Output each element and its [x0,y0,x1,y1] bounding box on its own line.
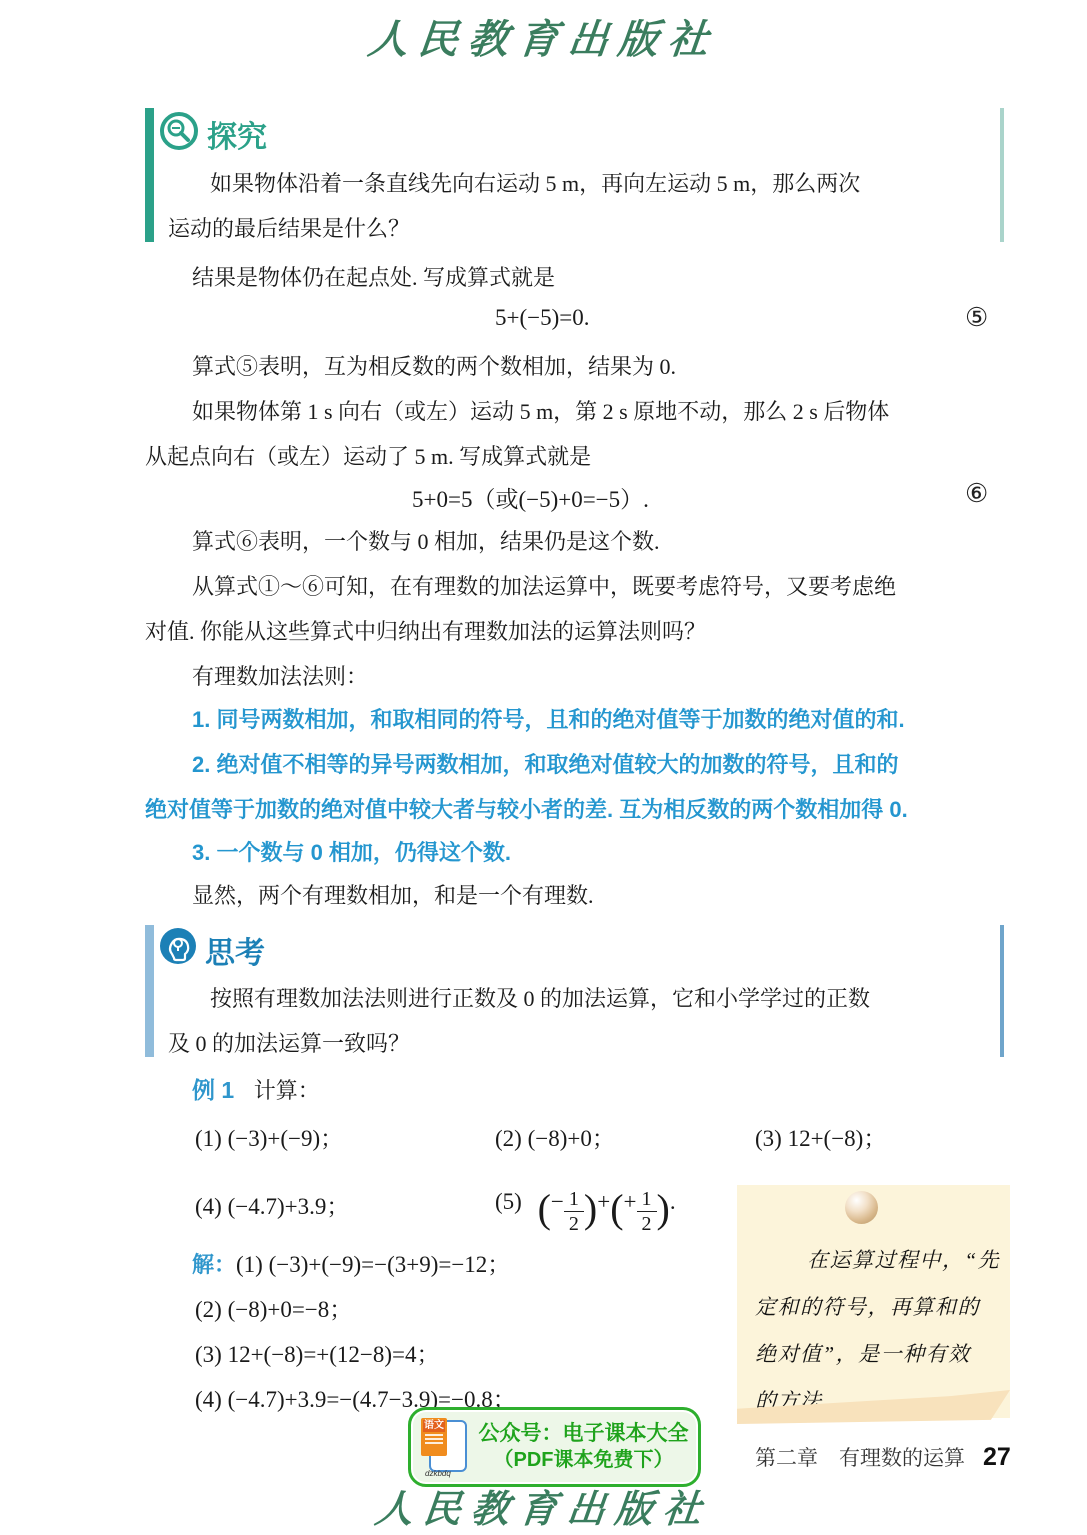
minus-sign: − [551,1189,564,1214]
footer-chapter: 第二章 有理数的运算27 [755,1442,1011,1472]
explore-title: 探究 [207,112,267,156]
problem-1: (1) (−3)+(−9)； [195,1120,343,1153]
problem-5-index: (5) [495,1189,522,1214]
badge-icon-caption: dzkbdq [425,1469,451,1478]
margin-note-text: 在运算过程中，“先 定和的符号，再算和的 绝对值”，是一种有效 的方法. [755,1237,1000,1425]
paragraph: 算式⑤表明，互为相反数的两个数相加，结果为 0. [192,351,676,383]
publisher-logo-top: 人民教育出版社 [0,8,1087,65]
solution-label: 解： [192,1252,236,1277]
example-1-heading: 例 1 计算： [192,1074,320,1107]
problem-5: (5) (−12)+(+12). [495,1188,676,1235]
addition-rules-heading: 有理数加法法则： [192,661,368,693]
ebook-phone-icon: 语文 dzkbdq [419,1418,469,1476]
think-text-line1: 按照有理数加法法则进行正数及 0 的加法运算，它和小学学过的正数 [210,983,870,1015]
explore-magnifier-icon [158,110,200,152]
margin-note: 在运算过程中，“先 定和的符号，再算和的 绝对值”，是一种有效 的方法. [737,1185,1010,1418]
addition-rule-2-line2: 绝对值等于加数的绝对值中较大者与较小者的差. 互为相反数的两个数相加得 0. [145,793,908,824]
addition-rule-1: 1. 同号两数相加，和取相同的符号，且和的绝对值等于加数的绝对值的和. [192,703,905,734]
paren: ( [610,1186,623,1231]
think-lightbulb-icon [158,926,198,966]
addition-rule-3: 3. 一个数与 0 相加，仍得这个数. [192,836,511,867]
solution-line-2: (2) (−8)+0=−8； [195,1291,352,1324]
problem-4: (4) (−4.7)+3.9； [195,1188,349,1221]
plus-sign: + [624,1189,637,1214]
badge-line2: （PDF课本免费下） [469,1448,698,1473]
page-number: 27 [983,1443,1011,1471]
example-1-label: 例 1 [192,1077,234,1103]
paragraph: 从起点向右（或左）运动了 5 m. 写成算式就是 [145,441,591,473]
paren: ) [584,1186,597,1231]
equation-5-label: ⑤ [965,303,988,333]
problem-2: (2) (−8)+0； [495,1120,615,1153]
badge-line1: 公众号：电子课本大全 [469,1421,698,1447]
chapter-title: 第二章 有理数的运算 [755,1446,965,1470]
paragraph: 对值. 你能从这些算式中归纳出有理数加法的运算法则吗？ [145,616,706,648]
badge-text: 公众号：电子课本大全 （PDF课本免费下） [469,1421,698,1472]
paren: ) [657,1186,670,1231]
solution-line-3: (3) 12+(−8)=+(12−8)=4； [195,1336,440,1369]
think-title: 思考 [205,928,265,972]
think-right-bar [1000,925,1004,1057]
fraction: 12 [564,1188,584,1235]
example-1-prompt: 计算： [254,1078,320,1103]
equation-5: 5+(−5)=0. [495,305,589,331]
paragraph: 显然，两个有理数相加，和是一个有理数. [192,880,594,912]
paragraph: 结果是物体仍在起点处. 写成算式就是 [192,262,555,294]
note-line: 定和的符号，再算和的 [755,1284,1000,1331]
explore-right-bar [1000,108,1004,242]
explore-text-line2: 运动的最后结果是什么？ [168,213,410,245]
fraction: 12 [637,1188,657,1235]
explore-left-bar [145,108,154,242]
paragraph: 算式⑥表明，一个数与 0 相加，结果仍是这个数. [192,526,660,558]
publisher-logo-bottom: 人民教育出版社 [0,1478,1087,1533]
plus-sign: + [597,1189,610,1214]
explore-text-line1: 如果物体沿着一条直线先向右运动 5 m，再向左运动 5 m，那么两次 [210,168,860,200]
wechat-account-badge[interactable]: 语文 dzkbdq 公众号：电子课本大全 （PDF课本免费下） [408,1407,701,1487]
textbook-page: 人民教育出版社 探究 如果物体沿着一条直线先向右运动 5 m，再向左运动 5 m… [0,0,1087,1535]
problem-3: (3) 12+(−8)； [755,1120,886,1153]
equation-6: 5+0=5（或(−5)+0=−5）. [412,481,649,514]
period: . [670,1189,676,1214]
book-label: 语文 [423,1420,445,1432]
pin-pearl-icon [845,1191,878,1224]
solution-line-1: 解：(1) (−3)+(−9)=−(3+9)=−12； [192,1246,510,1279]
paragraph: 如果物体第 1 s 向右（或左）运动 5 m，第 2 s 原地不动，那么 2 s… [192,396,889,428]
think-text-line2: 及 0 的加法运算一致吗？ [168,1028,410,1060]
note-line: 绝对值”，是一种有效 [755,1331,1000,1378]
paragraph: 从算式①～⑥可知，在有理数的加法运算中，既要考虑符号，又要考虑绝 [192,571,896,603]
note-line: 在运算过程中，“先 [755,1237,1000,1284]
paren: ( [538,1186,551,1231]
think-left-bar [145,925,154,1057]
equation-6-label: ⑥ [965,479,988,509]
addition-rule-2-line1: 2. 绝对值不相等的异号两数相加，和取绝对值较大的加数的符号，且和的 [192,748,898,779]
note-line: 的方法. [755,1378,1000,1425]
